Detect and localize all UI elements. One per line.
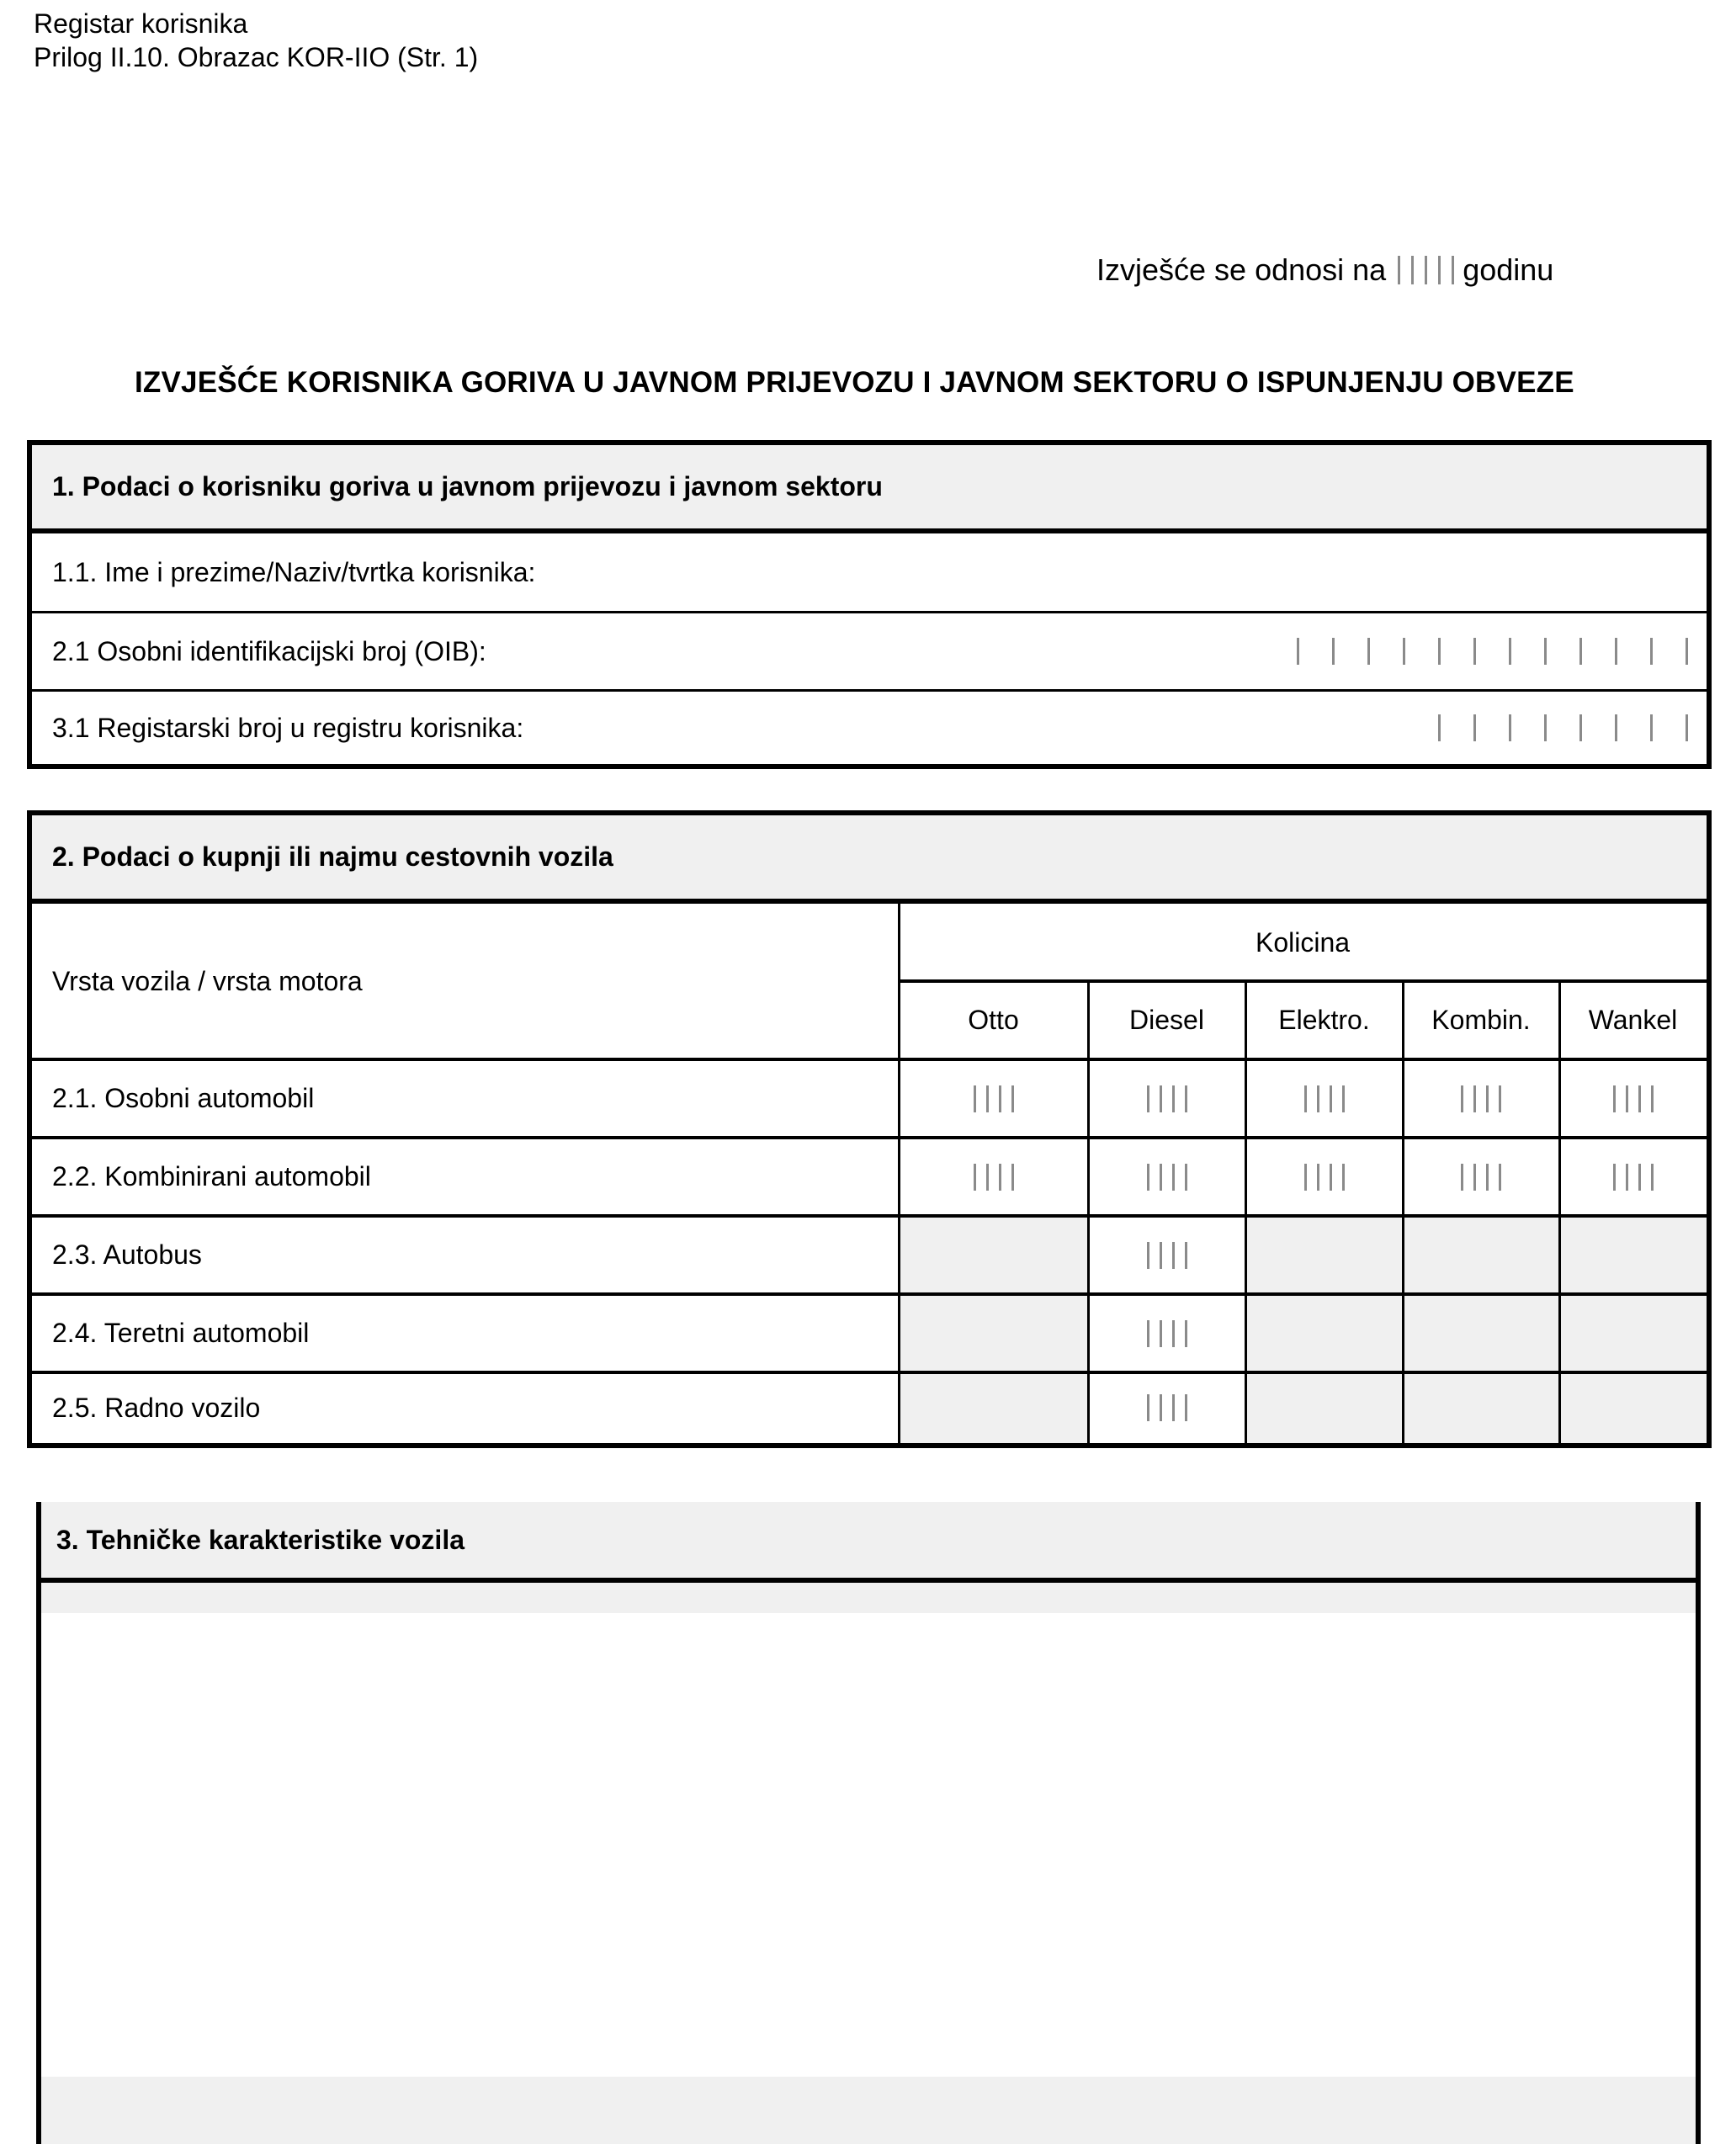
section-2-heading: 2. Podaci o kupnji ili najmu cestovnih v…: [32, 815, 1707, 904]
digit-separator-icon: [1160, 1320, 1162, 1347]
digit-separator-icon: [999, 1164, 1001, 1191]
quantity-input-otto[interactable]: [899, 1138, 1088, 1216]
register-label: Registar korisnika: [34, 8, 247, 39]
quantity-input-kombin[interactable]: [1403, 1059, 1559, 1138]
vehicles-table: Vrsta vozila / vrsta motoraKolicinaOttoD…: [32, 904, 1707, 1443]
digit-separator-icon: [1686, 638, 1688, 665]
digit-separator-icon: [1473, 1164, 1476, 1191]
digit-separator-icon: [1330, 1085, 1332, 1112]
field-registry-number-label: 3.1 Registarski broj u registru korisnik…: [52, 713, 1438, 744]
digit-separator-icon: [1172, 1242, 1175, 1269]
digit-separator-icon: [1147, 1085, 1149, 1112]
grid-line: [32, 1214, 1707, 1218]
quantity-digit-slots: [974, 1085, 1014, 1112]
quantity-input-elektro[interactable]: [1245, 1059, 1403, 1138]
digit-separator-icon: [1332, 638, 1335, 665]
digit-separator-icon: [1304, 1164, 1307, 1191]
quantity-digit-slots: [1304, 1164, 1345, 1191]
quantity-input-wankel[interactable]: [1559, 1059, 1707, 1138]
quantity-input-otto: [899, 1372, 1088, 1443]
quantity-input-wankel[interactable]: [1559, 1138, 1707, 1216]
digit-separator-icon: [1579, 638, 1582, 665]
digit-separator-icon: [1473, 638, 1476, 665]
digit-separator-icon: [1499, 1164, 1501, 1191]
quantity-digit-slots: [1147, 1085, 1187, 1112]
digit-separator-icon: [1172, 1164, 1175, 1191]
quantity-input-otto: [899, 1216, 1088, 1294]
digit-separator-icon: [1147, 1394, 1149, 1421]
vehicle-row-label: 2.4. Teretni automobil: [32, 1294, 899, 1372]
grid-line: [32, 1136, 1707, 1139]
quantity-input-elektro: [1245, 1294, 1403, 1372]
section-3-content-area[interactable]: [41, 1613, 1696, 2077]
report-year-prefix: Izvješće se odnosi na: [1096, 252, 1386, 288]
digit-separator-icon: [1650, 714, 1653, 741]
digit-separator-icon: [986, 1164, 989, 1191]
digit-separator-icon: [1579, 714, 1582, 741]
field-oib: 2.1 Osobni identifikacijski broj (OIB):: [32, 613, 1707, 692]
quantity-input-elektro[interactable]: [1245, 1138, 1403, 1216]
column-header-elektro: Elektro.: [1245, 981, 1403, 1059]
digit-separator-icon: [1638, 1085, 1641, 1112]
quantity-input-diesel[interactable]: [1088, 1138, 1245, 1216]
report-year-suffix: godinu: [1463, 252, 1553, 288]
digit-separator-icon: [1172, 1320, 1175, 1347]
digit-separator-icon: [1304, 1085, 1307, 1112]
digit-separator-icon: [974, 1164, 976, 1191]
registry-number-digit-input[interactable]: [1438, 714, 1688, 741]
grid-line: [898, 904, 900, 1443]
vehicle-row-label: 2.2. Kombinirani automobil: [32, 1138, 899, 1216]
digit-separator-icon: [1452, 256, 1454, 284]
form-title: IZVJEŠĆE KORISNIKA GORIVA U JAVNOM PRIJE…: [135, 365, 1574, 401]
quantity-digit-slots: [1304, 1085, 1345, 1112]
digit-separator-icon: [1330, 1164, 1332, 1191]
digit-separator-icon: [986, 1085, 989, 1112]
field-user-name-label: 1.1. Ime i prezime/Naziv/tvrtka korisnik…: [52, 557, 1707, 588]
digit-separator-icon: [1185, 1320, 1187, 1347]
vehicle-row-label: 2.1. Osobni automobil: [32, 1059, 899, 1138]
digit-separator-icon: [1509, 638, 1511, 665]
digit-separator-icon: [1615, 714, 1617, 741]
digit-separator-icon: [1172, 1394, 1175, 1421]
quantity-input-wankel: [1559, 1294, 1707, 1372]
digit-separator-icon: [1185, 1164, 1187, 1191]
digit-separator-icon: [1461, 1164, 1463, 1191]
digit-separator-icon: [1626, 1164, 1628, 1191]
row-header-vehicle-type: Vrsta vozila / vrsta motora: [32, 904, 899, 1059]
quantity-digit-slots: [1147, 1242, 1187, 1269]
digit-separator-icon: [1185, 1394, 1187, 1421]
digit-separator-icon: [1317, 1164, 1319, 1191]
digit-separator-icon: [1297, 638, 1299, 665]
digit-separator-icon: [1403, 638, 1405, 665]
quantity-input-elektro: [1245, 1372, 1403, 1443]
quantity-input-elektro: [1245, 1216, 1403, 1294]
digit-separator-icon: [974, 1085, 976, 1112]
digit-separator-icon: [1615, 638, 1617, 665]
column-header-diesel: Diesel: [1088, 981, 1245, 1059]
quantity-digit-slots: [974, 1164, 1014, 1191]
quantity-digit-slots: [1147, 1394, 1187, 1421]
digit-separator-icon: [1185, 1085, 1187, 1112]
digit-separator-icon: [1398, 256, 1400, 284]
column-header-kombin: Kombin.: [1403, 981, 1559, 1059]
digit-separator-icon: [1438, 256, 1441, 284]
section-1-user-data: 1. Podaci o korisniku goriva u javnom pr…: [27, 440, 1712, 769]
grid-line: [32, 1371, 1707, 1374]
digit-separator-icon: [1317, 1085, 1319, 1112]
field-oib-label: 2.1 Osobni identifikacijski broj (OIB):: [52, 636, 1297, 667]
oib-digit-input[interactable]: [1297, 638, 1688, 665]
section-3-subheader-strip: [41, 1583, 1696, 1613]
digit-separator-icon: [1011, 1085, 1014, 1112]
section-1-heading: 1. Podaci o korisniku goriva u javnom pr…: [32, 445, 1707, 533]
quantity-digit-slots: [1461, 1085, 1501, 1112]
column-header-otto: Otto: [899, 981, 1088, 1059]
section-2-vehicles: 2. Podaci o kupnji ili najmu cestovnih v…: [27, 810, 1712, 1448]
quantity-input-wankel: [1559, 1372, 1707, 1443]
digit-separator-icon: [1651, 1085, 1654, 1112]
quantity-digit-slots: [1461, 1164, 1501, 1191]
digit-separator-icon: [1172, 1085, 1175, 1112]
grid-line: [32, 1292, 1707, 1296]
digit-separator-icon: [1486, 1164, 1489, 1191]
quantity-input-kombin: [1403, 1294, 1559, 1372]
digit-separator-icon: [1461, 1085, 1463, 1112]
digit-separator-icon: [1613, 1085, 1616, 1112]
quantity-input-otto: [899, 1294, 1088, 1372]
digit-separator-icon: [1147, 1164, 1149, 1191]
digit-separator-icon: [1473, 714, 1476, 741]
field-registry-number: 3.1 Registarski broj u registru korisnik…: [32, 692, 1707, 764]
digit-separator-icon: [1342, 1164, 1345, 1191]
quantity-input-kombin: [1403, 1216, 1559, 1294]
digit-separator-icon: [1509, 714, 1511, 741]
quantity-digit-slots: [1147, 1164, 1187, 1191]
report-year-input[interactable]: [1398, 256, 1454, 284]
digit-separator-icon: [1367, 638, 1370, 665]
vehicle-row-label: 2.5. Radno vozilo: [32, 1372, 899, 1443]
section-3-technical: 3. Tehničke karakteristike vozila: [36, 1502, 1701, 2144]
grid-line: [32, 1058, 1707, 1061]
digit-separator-icon: [1686, 714, 1688, 741]
section-3-heading: 3. Tehničke karakteristike vozila: [41, 1502, 1696, 1578]
digit-separator-icon: [1147, 1320, 1149, 1347]
quantity-input-diesel[interactable]: [1088, 1294, 1245, 1372]
quantity-input-kombin: [1403, 1372, 1559, 1443]
field-user-name[interactable]: 1.1. Ime i prezime/Naziv/tvrtka korisnik…: [32, 533, 1707, 613]
quantity-input-kombin[interactable]: [1403, 1138, 1559, 1216]
digit-separator-icon: [1638, 1164, 1641, 1191]
digit-separator-icon: [1011, 1164, 1014, 1191]
digit-separator-icon: [1160, 1085, 1162, 1112]
section-3-footer-strip: [41, 2077, 1696, 2144]
digit-separator-icon: [1651, 1164, 1654, 1191]
digit-separator-icon: [1544, 714, 1547, 741]
quantity-input-diesel[interactable]: [1088, 1372, 1245, 1443]
digit-separator-icon: [999, 1085, 1001, 1112]
grid-line: [899, 979, 1707, 983]
quantity-digit-slots: [1147, 1320, 1187, 1347]
column-group-header-quantity: Kolicina: [899, 904, 1707, 981]
digit-separator-icon: [1147, 1242, 1149, 1269]
report-year-line: Izvješće se odnosi na godinu: [1096, 252, 1553, 288]
quantity-digit-slots: [1613, 1085, 1654, 1112]
column-header-wankel: Wankel: [1559, 981, 1707, 1059]
quantity-digit-slots: [1613, 1164, 1654, 1191]
digit-separator-icon: [1486, 1085, 1489, 1112]
quantity-input-wankel: [1559, 1216, 1707, 1294]
digit-separator-icon: [1613, 1164, 1616, 1191]
digit-separator-icon: [1160, 1394, 1162, 1421]
digit-separator-icon: [1438, 714, 1441, 741]
form-reference: Prilog II.10. Obrazac KOR-IIO (Str. 1): [34, 42, 478, 72]
digit-separator-icon: [1425, 256, 1427, 284]
digit-separator-icon: [1626, 1085, 1628, 1112]
digit-separator-icon: [1473, 1085, 1476, 1112]
digit-separator-icon: [1650, 638, 1653, 665]
digit-separator-icon: [1544, 638, 1547, 665]
digit-separator-icon: [1160, 1164, 1162, 1191]
quantity-input-diesel[interactable]: [1088, 1216, 1245, 1294]
digit-separator-icon: [1185, 1242, 1187, 1269]
vehicle-row-label: 2.3. Autobus: [32, 1216, 899, 1294]
digit-separator-icon: [1411, 256, 1414, 284]
digit-separator-icon: [1160, 1242, 1162, 1269]
quantity-input-diesel[interactable]: [1088, 1059, 1245, 1138]
digit-separator-icon: [1438, 638, 1441, 665]
quantity-input-otto[interactable]: [899, 1059, 1088, 1138]
digit-separator-icon: [1342, 1085, 1345, 1112]
digit-separator-icon: [1499, 1085, 1501, 1112]
